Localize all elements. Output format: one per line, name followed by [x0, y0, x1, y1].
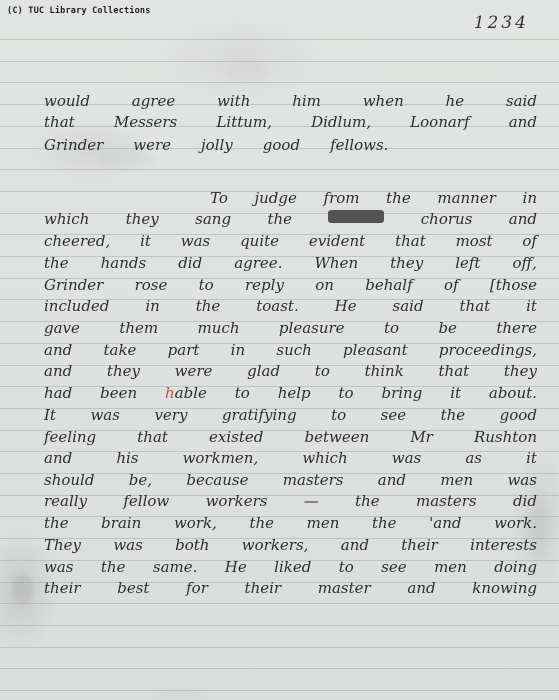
word: To — [210, 189, 228, 207]
word: was — [113, 536, 142, 554]
word: the — [267, 210, 292, 228]
word: [those — [490, 276, 537, 294]
ruled-line — [0, 82, 559, 83]
word: sang — [195, 210, 231, 228]
word: knowing — [472, 579, 537, 597]
word: very — [154, 406, 187, 424]
word: his — [116, 449, 138, 467]
manuscript-line: thatMessersLittum,Didlum,Loonarfand — [44, 113, 537, 131]
manuscript-line: theirbestfortheirmasterandknowing — [44, 579, 537, 597]
word: Grinder — [44, 136, 103, 154]
word: rose — [135, 276, 168, 294]
word: included — [44, 297, 109, 315]
manuscript-page: (C) TUC Library Collections 1234 wouldag… — [0, 0, 559, 700]
word: it — [526, 449, 537, 467]
word: in — [231, 341, 245, 359]
word: that — [395, 232, 426, 250]
word: Grinder — [44, 276, 103, 294]
word: see — [381, 406, 406, 424]
word: to — [315, 362, 330, 380]
word: their — [245, 579, 282, 597]
word: him — [292, 92, 321, 110]
word: reply — [245, 276, 284, 294]
word: they — [504, 362, 537, 380]
manuscript-line: Tojudgefromthemannerin — [210, 189, 537, 207]
word: that — [439, 362, 470, 380]
word: to — [235, 384, 250, 402]
manuscript-line: reallyfellowworkers—themastersdid — [44, 492, 537, 510]
ruled-line — [0, 603, 559, 604]
word: should — [44, 471, 94, 489]
word: the — [44, 254, 69, 272]
word: the — [249, 514, 274, 532]
word: Littum, — [216, 113, 271, 131]
manuscript-line: thebrainwork,thementhe'andwork. — [44, 514, 537, 532]
manuscript-line: andtakepartinsuchpleasantproceedings, — [44, 341, 537, 359]
word: they — [390, 254, 423, 272]
word: to — [384, 319, 399, 337]
word: same. — [153, 558, 198, 576]
word: would — [44, 92, 90, 110]
word: them — [119, 319, 158, 337]
word: their — [44, 579, 81, 597]
word: the — [355, 492, 380, 510]
word: take — [103, 341, 136, 359]
word: good — [500, 406, 537, 424]
manuscript-line: gavethemmuchpleasuretobethere — [44, 319, 537, 337]
manuscript-line: Itwasverygratifyingtoseethegood — [44, 406, 537, 424]
word: to — [199, 276, 214, 294]
word: the — [441, 406, 466, 424]
word: liked — [274, 558, 311, 576]
word: was — [181, 232, 210, 250]
word: agree. — [234, 254, 282, 272]
word: behalf — [365, 276, 412, 294]
word: 'and — [429, 514, 461, 532]
word: work, — [174, 514, 217, 532]
word: were — [175, 362, 213, 380]
word: there — [496, 319, 537, 337]
word: been — [100, 384, 137, 402]
word: most — [456, 232, 493, 250]
manuscript-line: Grinderwerejollygoodfellows. — [44, 136, 537, 154]
word: pleasure — [279, 319, 345, 337]
word: men — [440, 471, 473, 489]
word: It — [44, 406, 56, 424]
word: left — [455, 254, 480, 272]
word: — — [304, 492, 319, 510]
word: because — [186, 471, 248, 489]
word: in — [523, 189, 537, 207]
word: off, — [512, 254, 536, 272]
word: and — [44, 341, 72, 359]
word: hands — [101, 254, 147, 272]
manuscript-line: includedinthetoast.Hesaidthatit — [44, 297, 537, 315]
word: judge — [255, 189, 297, 207]
word: and — [341, 536, 369, 554]
correction-mark: h — [165, 384, 175, 402]
word: to — [339, 558, 354, 576]
word: was — [90, 406, 119, 424]
ruled-line — [0, 690, 559, 691]
word: think — [365, 362, 404, 380]
word: was — [392, 449, 421, 467]
word: Mr — [410, 428, 433, 446]
word: Loonarf — [410, 113, 469, 131]
word: and — [509, 210, 537, 228]
word: on — [315, 276, 334, 294]
ruled-line — [0, 625, 559, 626]
word: He — [225, 558, 247, 576]
word: it — [450, 384, 461, 402]
word: that — [460, 297, 491, 315]
word: men — [434, 558, 467, 576]
word: of — [444, 276, 459, 294]
ruled-line — [0, 169, 559, 170]
word: their — [401, 536, 438, 554]
manuscript-line: cheered,itwasquiteevidentthatmostof — [44, 232, 537, 250]
word: workmen, — [183, 449, 259, 467]
word: work. — [494, 514, 537, 532]
word: had — [44, 384, 72, 402]
word: to — [339, 384, 354, 402]
word: that — [44, 113, 75, 131]
copyright-watermark: (C) TUC Library Collections — [7, 6, 151, 16]
redaction-blot — [328, 210, 384, 223]
ruled-line — [0, 39, 559, 40]
word: which — [44, 210, 89, 228]
word: really — [44, 492, 87, 510]
word: be — [438, 319, 456, 337]
word: He — [335, 297, 357, 315]
word: quite — [240, 232, 279, 250]
word: chorus — [421, 210, 473, 228]
word: and — [378, 471, 406, 489]
word: in — [145, 297, 159, 315]
word: from — [324, 189, 360, 207]
paper-stain — [227, 60, 267, 85]
word: evident — [309, 232, 365, 250]
word: gratifying — [222, 406, 297, 424]
word: such — [276, 341, 311, 359]
word: for — [186, 579, 208, 597]
word: good — [263, 136, 300, 154]
word: masters — [283, 471, 344, 489]
manuscript-line: andtheyweregladtothinkthatthey — [44, 362, 537, 380]
word: Didlum, — [311, 113, 371, 131]
word: and — [44, 362, 72, 380]
word: both — [175, 536, 209, 554]
word: it — [526, 297, 537, 315]
word: was — [507, 471, 536, 489]
word: when — [363, 92, 404, 110]
word: and — [509, 113, 537, 131]
word: part — [168, 341, 200, 359]
word: Rushton — [474, 428, 537, 446]
manuscript-line: hadbeenhabletohelptobringitabout. — [44, 384, 537, 402]
word: glad — [247, 362, 280, 380]
word: that — [137, 428, 168, 446]
word: doing — [494, 558, 537, 576]
word: When — [314, 254, 358, 272]
word: much — [198, 319, 240, 337]
manuscript-line: Grinderrosetoreplyonbehalfof[those — [44, 276, 537, 294]
paper-stain — [155, 690, 205, 700]
ruled-line — [0, 61, 559, 62]
word: with — [217, 92, 250, 110]
word: manner — [437, 189, 496, 207]
word: They — [44, 536, 81, 554]
paper-stain — [12, 574, 34, 604]
word: of — [522, 232, 537, 250]
manuscript-line: shouldbe,becausemastersandmenwas — [44, 471, 537, 489]
word: he — [446, 92, 465, 110]
word: agree — [132, 92, 175, 110]
word: feeling — [44, 428, 96, 446]
word: which — [302, 449, 347, 467]
word: help — [278, 384, 311, 402]
word: workers — [206, 492, 268, 510]
word: fellows. — [330, 136, 388, 154]
word: workers, — [242, 536, 309, 554]
word: about. — [489, 384, 537, 402]
manuscript-line: wasthesame.Helikedtoseemendoing — [44, 558, 537, 576]
word: the — [44, 514, 69, 532]
word: masters — [416, 492, 477, 510]
word: see — [381, 558, 406, 576]
word: cheered, — [44, 232, 110, 250]
word: the — [386, 189, 411, 207]
word: toast. — [256, 297, 299, 315]
word: brain — [101, 514, 141, 532]
word: was — [44, 558, 73, 576]
word: pleasant — [343, 341, 408, 359]
word: jolly — [201, 136, 233, 154]
ruled-line — [0, 647, 559, 648]
manuscript-line: Theywasbothworkers,andtheirinterests — [44, 536, 537, 554]
word: did — [178, 254, 202, 272]
word: proceedings, — [439, 341, 537, 359]
manuscript-line: feelingthatexistedbetweenMrRushton — [44, 428, 537, 446]
manuscript-line: thehandsdidagree.Whentheyleftoff, — [44, 254, 537, 272]
corrected-word: hable — [165, 384, 207, 402]
ruled-line — [0, 668, 559, 669]
word: the — [101, 558, 126, 576]
word: between — [304, 428, 369, 446]
word: said — [393, 297, 424, 315]
word: as — [465, 449, 482, 467]
word: were — [133, 136, 171, 154]
manuscript-line: wouldagreewithhimwhenhesaid — [44, 92, 537, 110]
folio-number: 1234 — [474, 13, 529, 33]
word: the — [196, 297, 221, 315]
word: master — [318, 579, 371, 597]
word: best — [117, 579, 149, 597]
word: they — [107, 362, 140, 380]
manuscript-line: andhisworkmen,whichwasasit — [44, 449, 537, 467]
word: said — [506, 92, 537, 110]
word: it — [140, 232, 151, 250]
word: men — [307, 514, 340, 532]
word: fellow — [123, 492, 169, 510]
word: Messers — [114, 113, 177, 131]
manuscript-line: whichtheysangthechorusand — [44, 210, 537, 228]
word: and — [407, 579, 435, 597]
word: to — [331, 406, 346, 424]
word: did — [513, 492, 537, 510]
word: bring — [381, 384, 422, 402]
word: be, — [129, 471, 152, 489]
word: gave — [44, 319, 80, 337]
word: interests — [470, 536, 537, 554]
word: existed — [209, 428, 263, 446]
word: they — [126, 210, 159, 228]
word: and — [44, 449, 72, 467]
word: the — [372, 514, 397, 532]
